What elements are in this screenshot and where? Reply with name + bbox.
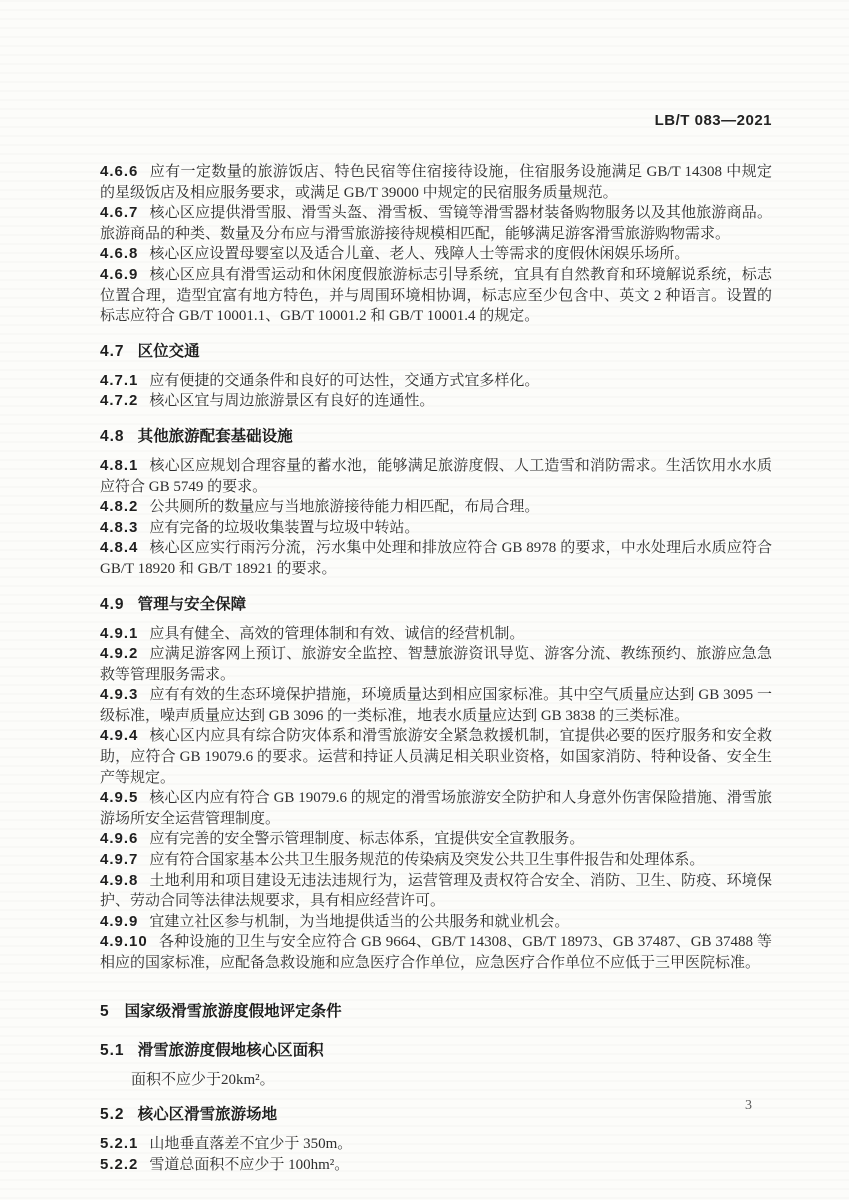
section-number: 5.2 bbox=[100, 1106, 125, 1123]
section-number: 4.8 bbox=[100, 428, 125, 445]
section-title: 其他旅游配套基础设施 bbox=[138, 428, 293, 445]
clause-number: 4.9.4 bbox=[100, 727, 138, 744]
clause-4-9-1: 4.9.1应具有健全、高效的管理体制和有效、诚信的经营机制。 bbox=[100, 624, 772, 645]
clause-4-9-8: 4.9.8土地利用和项目建设无违法违规行为，运营管理及责权符合安全、消防、卫生、… bbox=[100, 871, 772, 912]
clause-number: 4.9.7 bbox=[100, 851, 138, 868]
section-heading-5-2: 5.2核心区滑雪旅游场地 bbox=[100, 1104, 772, 1125]
page-number: 3 bbox=[745, 1098, 752, 1114]
clause-number: 5.2.2 bbox=[100, 1156, 138, 1173]
clause-4-9-5: 4.9.5核心区内应有符合 GB 19079.6 的规定的滑雪场旅游安全防护和人… bbox=[100, 788, 772, 829]
clause-text: 核心区应具有滑雪运动和休闲度假旅游标志引导系统，宜具有自然教育和环境解说系统，标… bbox=[100, 267, 772, 324]
clause-number: 4.9.2 bbox=[100, 645, 138, 662]
clause-text: 应有完备的垃圾收集装置与垃圾中转站。 bbox=[149, 520, 419, 536]
standard-reference-number: LB/T 083—2021 bbox=[100, 112, 772, 129]
clause-4-8-4: 4.8.4核心区应实行雨污分流，污水集中处理和排放应符合 GB 8978 的要求… bbox=[100, 538, 772, 579]
section-title: 区位交通 bbox=[138, 343, 200, 360]
clause-text: 应有符合国家基本公共卫生服务规范的传染病及突发公共卫生事件报告和处理体系。 bbox=[149, 852, 704, 868]
clause-text: 雪道总面积不应少于 100hm²。 bbox=[149, 1157, 349, 1173]
clause-number: 4.9.1 bbox=[100, 625, 138, 642]
clause-5-2-1: 5.2.1山地垂直落差不宜少于 350m。 bbox=[100, 1134, 772, 1155]
clause-4-9-9: 4.9.9宜建立社区参与机制，为当地提供适当的公共服务和就业机会。 bbox=[100, 912, 772, 933]
clause-number: 4.6.6 bbox=[100, 163, 138, 180]
clause-text: 核心区应提供滑雪服、滑雪头盔、滑雪板、雪镜等滑雪器材装备购物服务以及其他旅游商品… bbox=[100, 205, 772, 242]
clause-4-8-2: 4.8.2公共厕所的数量应与当地旅游接待能力相匹配，布局合理。 bbox=[100, 497, 772, 518]
clause-number: 4.8.1 bbox=[100, 457, 138, 474]
clause-text: 应具有健全、高效的管理体制和有效、诚信的经营机制。 bbox=[149, 626, 524, 642]
clause-text: 应有一定数量的旅游饭店、特色民宿等住宿接待设施，住宿服务设施满足 GB/T 14… bbox=[100, 164, 772, 201]
clause-text: 应满足游客网上预订、旅游安全监控、智慧旅游资讯导览、游客分流、教练预约、旅游应急… bbox=[100, 646, 772, 683]
clause-4-8-1: 4.8.1核心区应规划合理容量的蓄水池，能够满足旅游度假、人工造雪和消防需求。生… bbox=[100, 456, 772, 497]
clause-number: 4.6.9 bbox=[100, 266, 138, 283]
clause-number: 4.7.2 bbox=[100, 392, 138, 409]
clause-4-8-3: 4.8.3应有完备的垃圾收集装置与垃圾中转站。 bbox=[100, 518, 772, 539]
section-number: 5.1 bbox=[100, 1042, 125, 1059]
section-number: 4.7 bbox=[100, 343, 125, 360]
clause-text: 山地垂直落差不宜少于 350m。 bbox=[149, 1136, 352, 1152]
clause-text: 宜建立社区参与机制，为当地提供适当的公共服务和就业机会。 bbox=[149, 914, 569, 930]
clause-number: 4.6.8 bbox=[100, 245, 138, 262]
clause-4-9-4: 4.9.4核心区内应具有综合防灾体系和滑雪旅游安全紧急救援机制，宜提供必要的医疗… bbox=[100, 726, 772, 788]
clause-text: 土地利用和项目建设无违法违规行为，运营管理及责权符合安全、消防、卫生、防疫、环境… bbox=[100, 873, 772, 910]
clause-number: 4.6.7 bbox=[100, 204, 138, 221]
clause-text: 公共厕所的数量应与当地旅游接待能力相匹配，布局合理。 bbox=[149, 499, 539, 515]
clause-4-9-10: 4.9.10各种设施的卫生与安全应符合 GB 9664、GB/T 14308、G… bbox=[100, 932, 772, 973]
clause-4-7-2: 4.7.2核心区宜与周边旅游景区有良好的连通性。 bbox=[100, 391, 772, 412]
section-title: 核心区滑雪旅游场地 bbox=[138, 1106, 278, 1123]
clause-4-9-2: 4.9.2应满足游客网上预订、旅游安全监控、智慧旅游资讯导览、游客分流、教练预约… bbox=[100, 644, 772, 685]
clause-text: 核心区应设置母婴室以及适合儿童、老人、残障人士等需求的度假休闲娱乐场所。 bbox=[149, 246, 689, 262]
clause-text: 应有完善的安全警示管理制度、标志体系，宜提供安全宣教服务。 bbox=[149, 831, 584, 847]
clause-text: 应有有效的生态环境保护措施，环境质量达到相应国家标准。其中空气质量应达到 GB … bbox=[100, 687, 772, 724]
clause-4-7-1: 4.7.1应有便捷的交通条件和良好的可达性，交通方式宜多样化。 bbox=[100, 371, 772, 392]
clause-number: 4.9.9 bbox=[100, 913, 138, 930]
clause-4-6-6: 4.6.6应有一定数量的旅游饭店、特色民宿等住宿接待设施，住宿服务设施满足 GB… bbox=[100, 162, 772, 203]
clause-number: 4.9.6 bbox=[100, 830, 138, 847]
paragraph-core-area: 面积不应少于20km²。 bbox=[100, 1070, 772, 1091]
section-title: 管理与安全保障 bbox=[138, 596, 247, 613]
section-title: 滑雪旅游度假地核心区面积 bbox=[138, 1042, 324, 1059]
section-heading-4-9: 4.9管理与安全保障 bbox=[100, 594, 772, 615]
chapter-number: 5 bbox=[100, 1003, 110, 1020]
clause-4-9-7: 4.9.7应有符合国家基本公共卫生服务规范的传染病及突发公共卫生事件报告和处理体… bbox=[100, 850, 772, 871]
section-heading-5-1: 5.1滑雪旅游度假地核心区面积 bbox=[100, 1040, 772, 1061]
clause-4-6-7: 4.6.7核心区应提供滑雪服、滑雪头盔、滑雪板、雪镜等滑雪器材装备购物服务以及其… bbox=[100, 203, 772, 244]
clause-text: 核心区应规划合理容量的蓄水池，能够满足旅游度假、人工造雪和消防需求。生活饮用水水… bbox=[100, 458, 772, 495]
clause-text: 各种设施的卫生与安全应符合 GB 9664、GB/T 14308、GB/T 18… bbox=[100, 934, 772, 971]
chapter-heading-5: 5国家级滑雪旅游度假地评定条件 bbox=[100, 1001, 772, 1022]
section-heading-4-8: 4.8其他旅游配套基础设施 bbox=[100, 426, 772, 447]
clause-number: 4.7.1 bbox=[100, 372, 138, 389]
clause-text: 应有便捷的交通条件和良好的可达性，交通方式宜多样化。 bbox=[149, 373, 539, 389]
clause-4-6-8: 4.6.8核心区应设置母婴室以及适合儿童、老人、残障人士等需求的度假休闲娱乐场所… bbox=[100, 244, 772, 265]
clause-number: 4.9.10 bbox=[100, 933, 148, 950]
clause-number: 5.2.1 bbox=[100, 1135, 138, 1152]
clause-number: 4.8.3 bbox=[100, 519, 138, 536]
clause-number: 4.9.8 bbox=[100, 872, 138, 889]
section-heading-4-7: 4.7区位交通 bbox=[100, 341, 772, 362]
scanned-standard-page: LB/T 083—2021 4.6.6应有一定数量的旅游饭店、特色民宿等住宿接待… bbox=[0, 0, 849, 1200]
clause-number: 4.8.2 bbox=[100, 498, 138, 515]
document-body: LB/T 083—2021 4.6.6应有一定数量的旅游饭店、特色民宿等住宿接待… bbox=[100, 112, 772, 1175]
clause-text: 核心区内应具有综合防灾体系和滑雪旅游安全紧急救援机制，宜提供必要的医疗服务和安全… bbox=[100, 728, 772, 785]
clause-4-9-6: 4.9.6应有完善的安全警示管理制度、标志体系，宜提供安全宣教服务。 bbox=[100, 829, 772, 850]
clause-4-9-3: 4.9.3应有有效的生态环境保护措施，环境质量达到相应国家标准。其中空气质量应达… bbox=[100, 685, 772, 726]
clause-text: 核心区应实行雨污分流，污水集中处理和排放应符合 GB 8978 的要求，中水处理… bbox=[100, 540, 772, 577]
clause-text: 核心区内应有符合 GB 19079.6 的规定的滑雪场旅游安全防护和人身意外伤害… bbox=[100, 790, 772, 827]
clause-number: 4.8.4 bbox=[100, 539, 138, 556]
chapter-title: 国家级滑雪旅游度假地评定条件 bbox=[125, 1003, 342, 1020]
clause-4-6-9: 4.6.9核心区应具有滑雪运动和休闲度假旅游标志引导系统，宜具有自然教育和环境解… bbox=[100, 265, 772, 327]
clause-number: 4.9.3 bbox=[100, 686, 138, 703]
section-number: 4.9 bbox=[100, 596, 125, 613]
clause-5-2-2: 5.2.2雪道总面积不应少于 100hm²。 bbox=[100, 1155, 772, 1176]
clause-number: 4.9.5 bbox=[100, 789, 138, 806]
clause-text: 核心区宜与周边旅游景区有良好的连通性。 bbox=[149, 393, 434, 409]
